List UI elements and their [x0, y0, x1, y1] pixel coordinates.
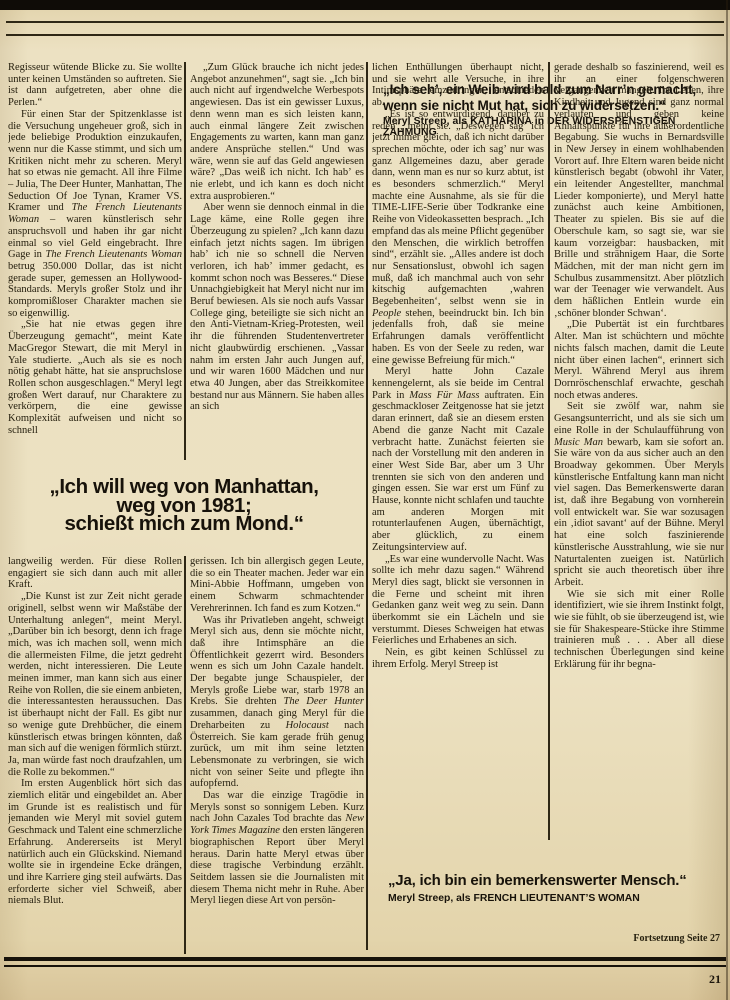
continuation-note: Fortsetzung Seite 27 — [633, 933, 720, 944]
article-paragraph: Aber wenn sie dennoch einmal in die Lage… — [190, 202, 364, 413]
page-edge-shadow — [726, 0, 728, 1000]
article-column-2-bottom: gerissen. Ich bin allergisch gegen Leute… — [190, 556, 364, 956]
page-number: 21 — [709, 972, 721, 987]
article-paragraph: „Es war eine wundervolle Nacht. Was soll… — [372, 554, 544, 648]
column-divider-1-top — [184, 62, 186, 460]
quote-french-lieutenant-text: „Ja, ich bin ein bemerkenswerter Mensch.… — [388, 872, 724, 889]
article-paragraph: Seit sie zwölf war, nahm sie Gesangsunte… — [554, 401, 724, 588]
article-paragraph: Wie sie sich mit einer Rolle identifizie… — [554, 589, 724, 671]
quote-french-lieutenant-attribution: Meryl Streep, als FRENCH LIEUTENANT’S WO… — [388, 893, 724, 904]
article-column-3: lichen Enthüllungen überhaupt nicht, und… — [372, 62, 544, 852]
quote-french-lieutenant: „Ja, ich bin ein bemerkenswerter Mensch.… — [388, 872, 724, 904]
article-paragraph: lichen Enthüllungen überhaupt nicht, und… — [372, 62, 544, 109]
article-paragraph: Im ersten Augenblick hört sich das zieml… — [8, 778, 182, 907]
article-column-1-bottom: langweilig werden. Für diese Rollen enga… — [8, 556, 182, 956]
article-paragraph: Nein, es gibt keinen Schlüssel zu ihrem … — [372, 647, 544, 670]
pull-quote-manhattan: „Ich will weg von Manhattan, weg von 198… — [8, 478, 360, 534]
footer-rule-thin — [4, 965, 726, 967]
article-paragraph: „Es ist so entwürdigend, darüber zu rede… — [372, 109, 544, 366]
column-divider-3 — [548, 62, 550, 840]
article-paragraph: „Die Kunst ist zur Zeit nicht gerade ori… — [8, 591, 182, 778]
article-column-2-top: „Zum Glück brauche ich nicht jedes Angeb… — [190, 62, 364, 462]
article-column-1-top: Regisseur wütende Blicke zu. Sie wollte … — [8, 62, 182, 462]
footer-rule-thick — [4, 957, 726, 961]
article-paragraph: „Zum Glück brauche ich nicht jedes Angeb… — [190, 62, 364, 202]
header-rule-bottom — [6, 34, 724, 36]
magazine-page: „Ich seh’, ein Weib wird bald zum Narr’n… — [0, 0, 730, 1000]
top-black-bar — [0, 0, 730, 10]
pull-quote-line3: schießt mich zum Mond.“ — [8, 515, 360, 534]
article-paragraph: Das war die einzige Tragödie in Meryls s… — [190, 790, 364, 907]
article-paragraph: gerade deshalb so faszinierend, weil es … — [554, 62, 724, 319]
article-paragraph: „Die Pubertät ist ein furchtbares Alter.… — [554, 319, 724, 401]
article-column-4: gerade deshalb so faszinierend, weil es … — [554, 62, 724, 852]
article-paragraph: langweilig werden. Für diese Rollen enga… — [8, 556, 182, 591]
column-divider-2 — [366, 62, 368, 950]
article-paragraph: „Sie hat nie etwas gegen ihre Überzeugun… — [8, 319, 182, 436]
header-rule-top — [6, 21, 724, 23]
article-paragraph: Was ihr Privatleben angeht, schweigt Mer… — [190, 615, 364, 791]
article-paragraph: Regisseur wütende Blicke zu. Sie wollte … — [8, 62, 182, 109]
article-paragraph: gerissen. Ich bin allergisch gegen Leute… — [190, 556, 364, 615]
column-divider-1-bottom — [184, 556, 186, 954]
article-paragraph: Für einen Star der Spitzenklasse ist die… — [8, 109, 182, 320]
article-paragraph: Meryl hatte John Cazale kennengelernt, a… — [372, 366, 544, 553]
